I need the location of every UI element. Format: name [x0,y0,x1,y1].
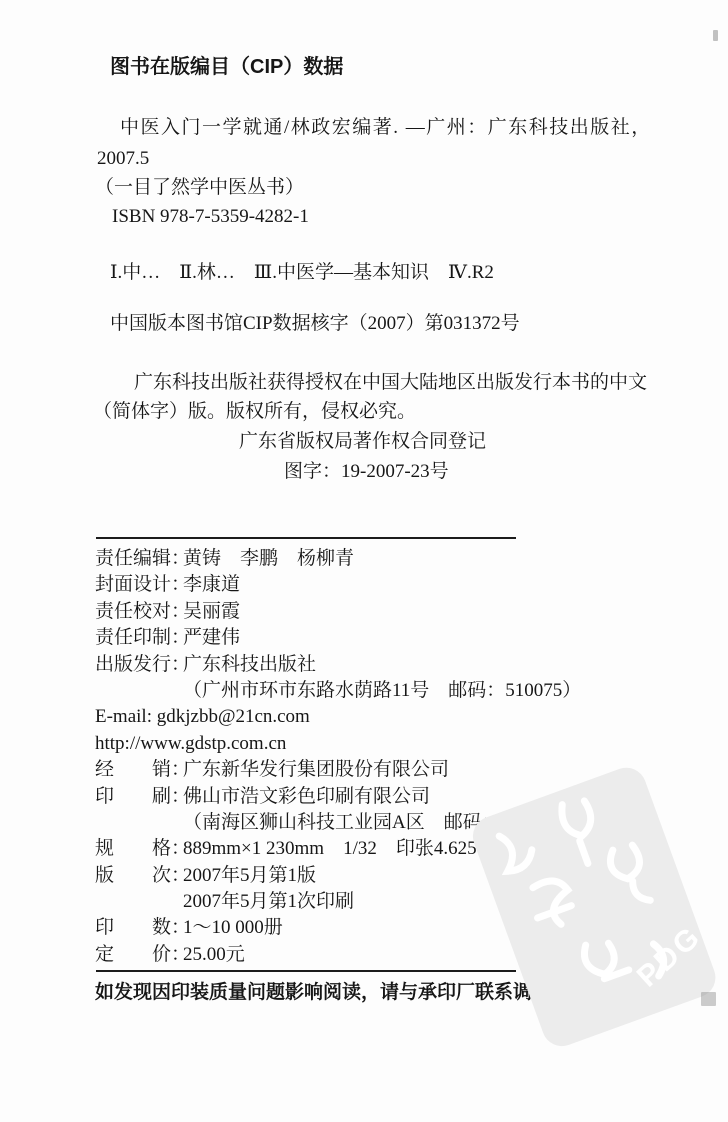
colophon-value: 广东科技出版社 [183,654,316,675]
license-line-3: 广东省版权局著作权合同登记 [239,430,486,454]
colophon-value: http://www.gdstp.com.cn [95,733,286,754]
colophon-label: 责任校对： [95,599,183,625]
colophon-value: 2007年5月第1次印刷 [183,891,354,912]
colophon-row-cover-design: 封面设计：李康道 [95,572,581,598]
divider-top [96,537,516,539]
colophon-row-publisher: 出版发行：广东科技出版社 [95,652,581,678]
colophon-value: （广州市环市东路水荫路11号 邮码：510075） [183,680,581,701]
scan-artifact-bottom-right [701,992,716,1006]
colophon-label: 版 次： [95,863,183,889]
colophon-label: 印 刷： [95,784,183,810]
colophon-label: 印 数： [95,915,183,941]
license-line-1: 广东科技出版社获得授权在中国大陆地区出版发行本书的中文 [134,371,647,395]
colophon-value: 黄铸 李鹏 杨柳青 [183,548,354,569]
license-line-4: 图字：19-2007-23号 [284,460,449,484]
colophon-value: 吴丽霞 [183,601,240,622]
cip-classification-line: Ⅰ.中… Ⅱ.林… Ⅲ.中医学—基本知识 Ⅳ.R2 [110,261,494,285]
colophon-value: 李康道 [183,574,240,595]
colophon-label: 经 销： [95,757,183,783]
colophon-row-proofreader: 责任校对：吴丽霞 [95,599,581,625]
colophon-label: 规 格： [95,836,183,862]
cip-series-line: （一目了然学中医丛书） [95,176,304,200]
colophon-value: 严建伟 [183,627,240,648]
quality-notice: 如发现因印装质量问题影响阅读，请与承印厂联系调换。 [95,981,570,1005]
cip-isbn-line: ISBN 978-7-5359-4282-1 [112,205,309,229]
colophon-value: 1～10 000册 [183,917,283,938]
scan-artifact-top-right [713,30,718,41]
colophon-row-format: 规 格：889mm×1 230mm 1/32 印张4.625 字数100千 [95,836,581,862]
colophon-label: 封面设计： [95,572,183,598]
colophon-value: 广东新华发行集团股份有限公司 [183,759,449,780]
colophon-row-price: 定 价：25.00元 [95,942,581,968]
cip-year-line: 2007.5 [97,147,149,171]
colophon-label: 出版发行： [95,652,183,678]
colophon-row-printer-address: （南海区狮山科技工业园A区 邮码：528225） [95,810,581,836]
colophon-row-email: E-mail: gdkjzbb@21cn.com [95,704,581,730]
colophon-row-publisher-address: （广州市环市东路水荫路11号 邮码：510075） [95,678,581,704]
colophon-value: 2007年5月第1版 [183,865,316,886]
cip-record-line: 中国版本图书馆CIP数据核字（2007）第031372号 [110,312,520,336]
cip-title-line: 中医入门一学就通/林政宏编著. —广州：广东科技出版社， [120,116,652,140]
colophon-value: 佛山市浩文彩色印刷有限公司 [183,786,430,807]
colophon-row-editor: 责任编辑：黄铸 李鹏 杨柳青 [95,546,581,572]
colophon-value: 889mm×1 230mm 1/32 印张4.625 字数100千 [183,838,581,859]
colophon-row-distributor: 经 销：广东新华发行集团股份有限公司 [95,757,581,783]
colophon-value: （南海区狮山科技工业园A区 邮码：528225） [183,812,577,833]
colophon-row-website: http://www.gdstp.com.cn [95,731,581,757]
colophon-row-printer: 印 刷：佛山市浩文彩色印刷有限公司 [95,784,581,810]
colophon-label: 定 价： [95,942,183,968]
license-line-2: （简体字）版。版权所有，侵权必究。 [93,400,416,424]
book-copyright-page: 图书在版编目（CIP）数据 中医入门一学就通/林政宏编著. —广州：广东科技出版… [0,0,728,1122]
divider-bottom [96,970,516,972]
colophon-block: 责任编辑：黄铸 李鹏 杨柳青 封面设计：李康道 责任校对：吴丽霞 责任印制：严建… [95,546,581,968]
colophon-label: 责任印制： [95,625,183,651]
watermark-pdg-text: PDG [631,919,708,993]
cip-header: 图书在版编目（CIP）数据 [110,55,343,79]
colophon-row-print-run: 印 数：1～10 000册 [95,915,581,941]
colophon-label: 责任编辑： [95,546,183,572]
colophon-row-edition: 版 次：2007年5月第1版 [95,863,581,889]
colophon-value: 25.00元 [183,944,245,965]
colophon-row-printing: 2007年5月第1次印刷 [95,889,581,915]
colophon-row-print-supervisor: 责任印制：严建伟 [95,625,581,651]
colophon-value: E-mail: gdkjzbb@21cn.com [95,706,310,727]
